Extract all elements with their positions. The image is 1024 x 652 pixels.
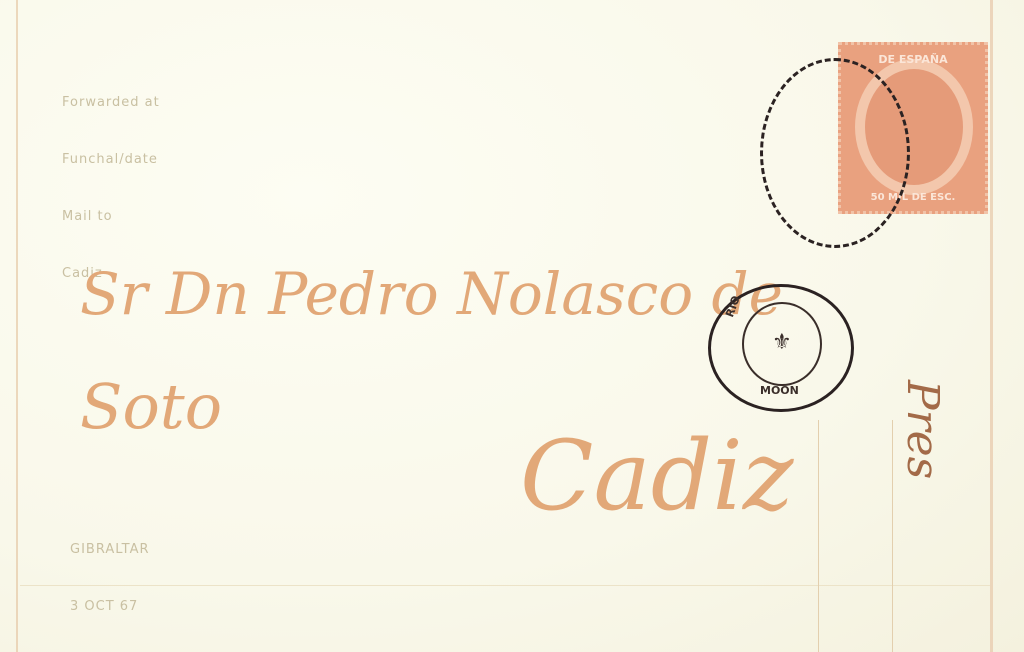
envelope-fold-right [990,0,993,652]
postmark-cancel [760,58,910,248]
pencil-note-bottom: GIBRALTAR 3 OCT 67 [70,502,150,635]
fleur-de-lis-icon: ⚜ [772,330,792,355]
envelope-left-edge [16,0,18,652]
pencil-line: Mail to [62,207,160,226]
side-annotation: Pres [897,380,948,479]
pencil-line: Funchal/date [62,150,160,169]
ruled-line [892,420,893,652]
address-line-1: Sr Dn Pedro Nolasco de [80,260,783,328]
address-city: Cadiz [520,420,793,532]
pencil-line: GIBRALTAR [70,540,150,559]
envelope-fold-bottom [20,585,990,586]
postmark-arrival-text-bottom: MOON [760,384,799,397]
pencil-line: Forwarded at [62,93,160,112]
address-line-2: Soto [80,370,222,443]
pencil-line: 3 OCT 67 [70,597,150,616]
ruled-line [818,420,819,652]
